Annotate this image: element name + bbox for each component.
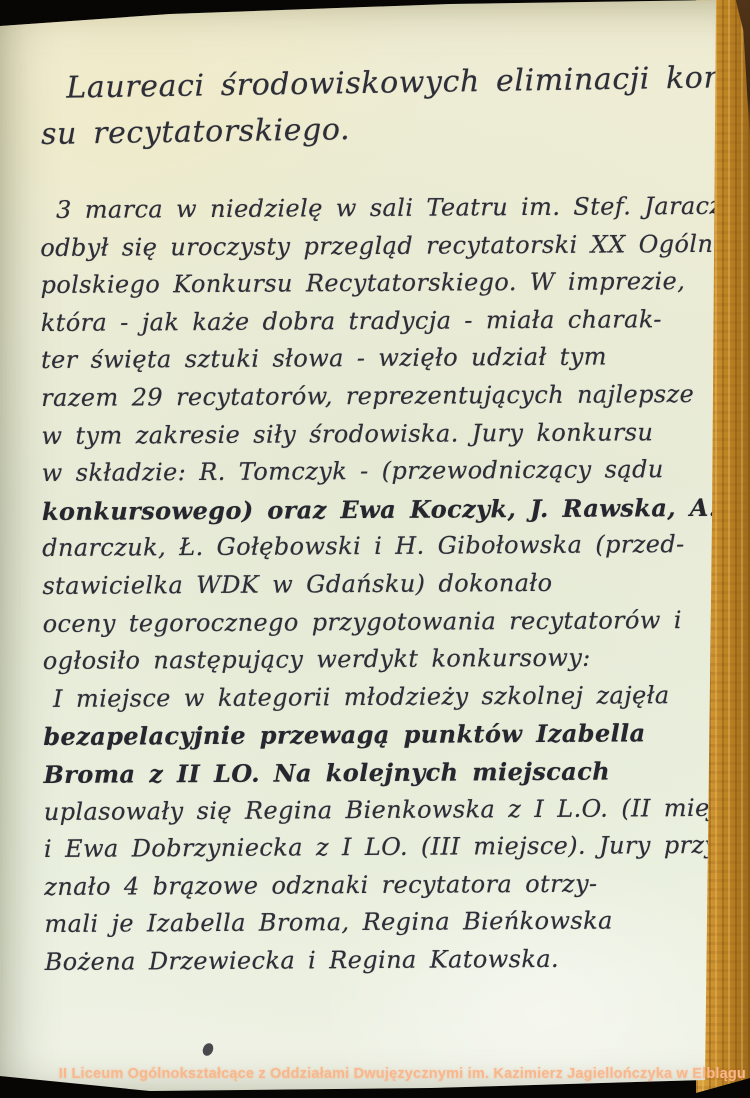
handwritten-title: Laureaci środowiskowych eliminacji konku…: [40, 54, 750, 158]
handwritten-line: 3 marca w niedzielę w sali Teatru im. St…: [40, 188, 750, 230]
handwritten-body: 3 marca w niedzielę w sali Teatru im. St…: [40, 188, 750, 982]
chronicle-photo: Laureaci środowiskowych eliminacji konku…: [0, 0, 750, 1098]
handwritten-line: konkursowego) oraz Ewa Koczyk, J. Rawska…: [42, 488, 750, 530]
handwritten-line: która - jak każe dobra tradycja - miała …: [41, 300, 750, 342]
handwritten-line: znało 4 brązowe odznaki recytatora otrzy…: [44, 864, 750, 906]
handwritten-line: w składzie: R. Tomczyk - (przewodniczący…: [42, 451, 750, 493]
handwritten-line: razem 29 recytatorów, reprezentujących n…: [41, 375, 750, 417]
ink-dot: [201, 1042, 215, 1058]
chronicle-page: Laureaci środowiskowych eliminacji konku…: [0, 0, 750, 1098]
handwritten-line: odbył się uroczysty przegląd recytatorsk…: [40, 225, 750, 267]
handwritten-line: mali je Izabella Broma, Regina Bieńkowsk…: [44, 902, 750, 944]
handwritten-line: bezapelacyjnie przewagą punktów Izabella: [43, 714, 750, 756]
handwritten-line: i Ewa Dobrzyniecka z I LO. (III miejsce)…: [44, 827, 750, 869]
handwritten-line: oceny tegorocznego przygotowania recytat…: [43, 601, 750, 643]
handwritten-line: ogłosiło następujący werdykt konkursowy:: [43, 639, 750, 681]
handwritten-line: stawicielka WDK w Gdańsku) dokonało: [42, 563, 750, 605]
handwritten-line: dnarczuk, Ł. Gołębowski i H. Gibołowska …: [42, 526, 750, 568]
photo-caption: II Liceum Ogólnokształcące z Oddziałami …: [0, 1064, 746, 1084]
handwritten-line: uplasowały się Regina Bienkowska z I L.O…: [44, 789, 750, 831]
handwritten-line: I miejsce w kategorii młodzieży szkolnej…: [43, 676, 750, 718]
handwritten-line: ter święta sztuki słowa - wzięło udział …: [41, 338, 750, 380]
handwritten-line: Broma z II LO. Na kolejnych miejscach: [43, 751, 750, 793]
handwritten-line: Bożena Drzewiecka i Regina Katowska.: [45, 939, 750, 981]
handwritten-line: w tym zakresie siły środowiska. Jury kon…: [41, 413, 750, 455]
handwritten-line: polskiego Konkursu Recytatorskiego. W im…: [40, 263, 750, 305]
